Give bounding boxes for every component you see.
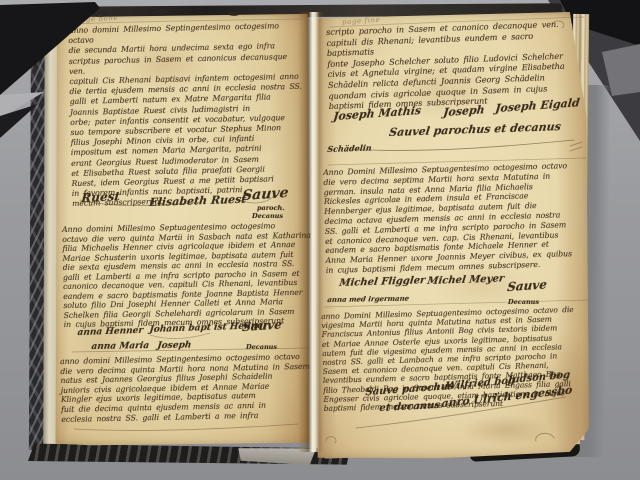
cover-corner-left: [0, 0, 135, 150]
ink-flourish: [356, 397, 566, 428]
separator-line: [328, 158, 586, 165]
ink-flourish: [570, 142, 582, 151]
ink-flourish: [348, 140, 574, 150]
ink-flourish: [80, 200, 200, 206]
ink-flourish: [240, 196, 274, 203]
separator-line: [72, 348, 310, 352]
manuscript-scan: page bone page fine Anno domini Millesim…: [0, 0, 640, 480]
separator-line: [324, 300, 588, 307]
ink-flourish: [326, 437, 336, 443]
ink-flourish: [552, 21, 564, 28]
cover-corner-left-black: [0, 0, 135, 150]
ink-flourish: [74, 424, 298, 430]
paraph-loop: [536, 433, 554, 441]
ink-flourish: [150, 333, 210, 339]
ruled-line: [330, 17, 584, 27]
